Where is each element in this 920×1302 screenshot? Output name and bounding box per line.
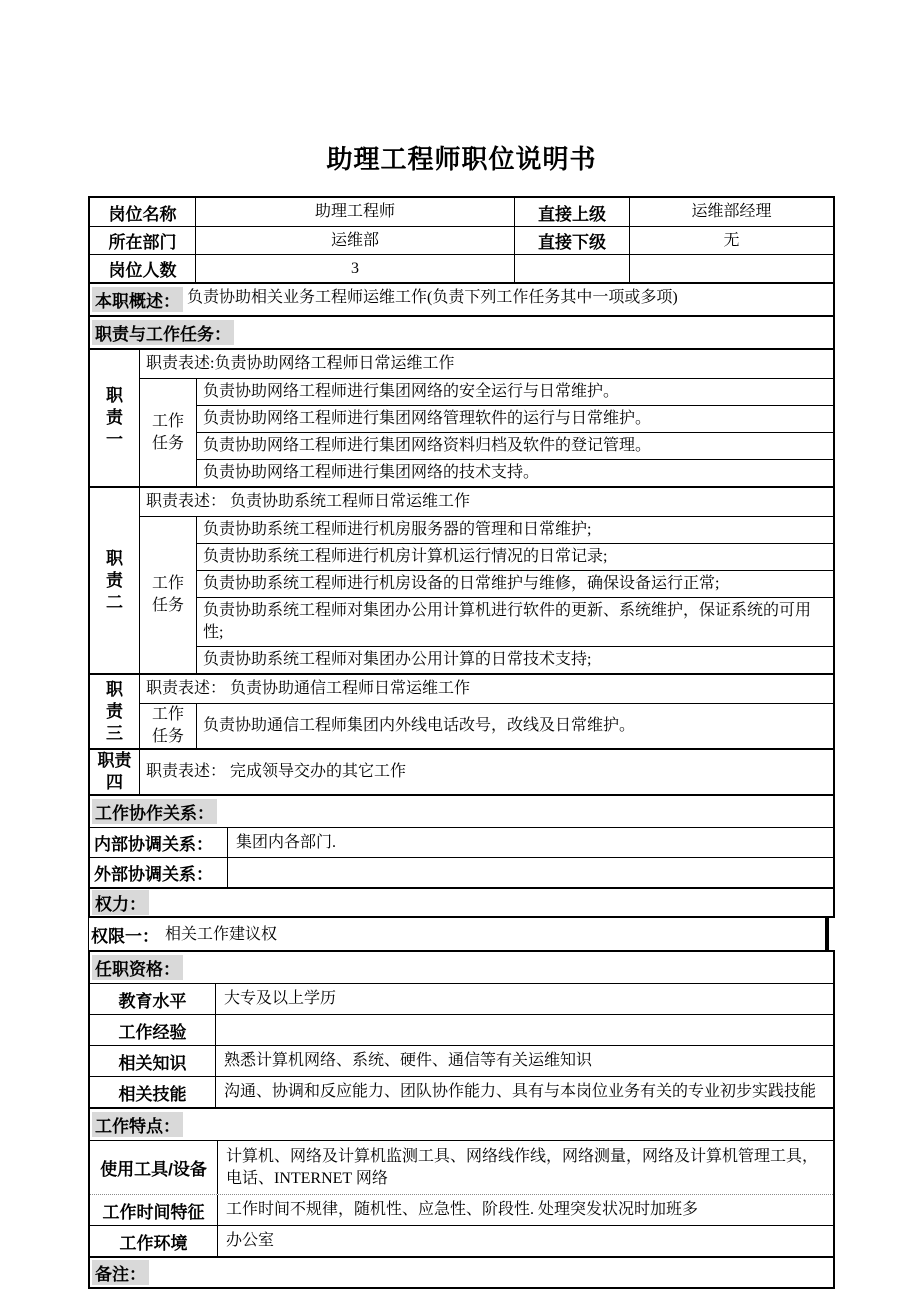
table-row: 工作环境 办公室 [90,1225,833,1256]
tools-value: 计算机、网络及计算机监测工具、网络线作线，网络测量，网络及计算机管理工具，电话、… [217,1141,833,1194]
headcount-label: 岗位人数 [90,255,195,282]
duties-header-row: 职责与工作任务： [90,317,833,348]
task-item: 负责协助系统工程师进行机房设备的日常维护与维修，确保设备运行正常; [197,570,833,597]
environment-label: 工作环境 [90,1226,217,1256]
table-row: 相关技能 沟通、协调和反应能力、团队协作能力、具有与本岗位业务有关的专业初步实践… [90,1076,833,1107]
overview-label: 本职概述： [92,287,183,312]
duty-2-tasks: 工作 任务 负责协助系统工程师进行机房服务器的管理和日常维护; 负责协助系统工程… [140,517,833,673]
duty-4-block: 职责 四 职责表述： 完成领导交办的其它工作 [88,748,835,796]
remarks-label: 备注： [92,1260,149,1285]
work-hours-label: 工作时间特征 [90,1195,217,1225]
collaboration-header-row: 工作协作关系： [90,796,833,827]
education-value: 大专及以上学历 [215,984,833,1014]
table-row: 外部协调关系： [90,857,833,887]
empty-cell [629,255,833,282]
document-page: 助理工程师职位说明书 岗位名称 助理工程师 直接上级 运维部经理 所在部门 运维… [88,142,835,1289]
overview-row: 本职概述： 负责协助相关业务工程师运维工作(负责下列工作任务其中一项或多项) [90,284,833,315]
duty-2-block: 职 责 二 职责表述： 负责协助系统工程师日常运维工作 工作 任务 负责协助系统… [88,486,835,675]
internal-coordination-label: 内部协调关系： [90,828,227,857]
skills-label: 相关技能 [90,1077,215,1107]
table-row: 内部协调关系： 集团内各部门. [90,827,833,857]
skills-value: 沟通、协调和反应能力、团队协作能力、具有与本岗位业务有关的专业初步实践技能 [215,1077,833,1107]
authority-item-label: 权限一： [91,922,159,947]
environment-value: 办公室 [217,1226,833,1256]
duty-3-statement: 职责表述： 负责协助通信工程师日常运维工作 [140,675,833,704]
table-row: 教育水平 大专及以上学历 [90,983,833,1014]
empty-cell [514,255,629,282]
overview-text: 负责协助相关业务工程师运维工作(负责下列工作任务其中一项或多项) [183,287,678,309]
direct-subordinate-value: 无 [629,227,833,254]
info-table: 岗位名称 助理工程师 直接上级 运维部经理 所在部门 运维部 直接下级 无 岗位… [88,196,835,284]
task-item: 负责协助系统工程师对集团办公用计算的日常技术支持; [197,646,833,673]
task-item: 负责协助通信工程师集团内外线电话改号，改线及日常维护。 [197,704,833,748]
direct-superior-value: 运维部经理 [629,198,833,226]
position-name-value: 助理工程师 [195,198,514,226]
duty-3-task-list: 负责协助通信工程师集团内外线电话改号，改线及日常维护。 [197,704,833,748]
education-label: 教育水平 [90,984,215,1014]
table-row: 岗位名称 助理工程师 直接上级 运维部经理 [90,198,833,226]
task-item: 负责协助系统工程师进行机房服务器的管理和日常维护; [197,517,833,543]
remarks-row: 备注： [90,1258,833,1287]
duty-3-body: 职责表述： 负责协助通信工程师日常运维工作 工作 任务 负责协助通信工程师集团内… [140,675,833,748]
duty-3-name: 职 责 三 [90,675,140,748]
duty-4-statement: 职责表述： 完成领导交办的其它工作 [140,750,833,794]
authority-section-header: 权力： [88,887,835,918]
duty-4-name: 职责 四 [90,750,140,794]
task-item: 负责协助系统工程师进行机房计算机运行情况的日常记录; [197,543,833,570]
duty-2-task-list: 负责协助系统工程师进行机房服务器的管理和日常维护; 负责协助系统工程师进行机房计… [197,517,833,673]
tools-label: 使用工具/设备 [90,1141,217,1194]
characteristics-header-label: 工作特点： [92,1112,183,1137]
duties-header-label: 职责与工作任务： [92,320,234,345]
duty-2-task-label: 工作 任务 [140,517,197,673]
department-label: 所在部门 [90,227,195,254]
table-row: 岗位人数 3 [90,254,833,282]
qualifications-section: 任职资格： 教育水平 大专及以上学历 工作经验 相关知识 熟悉计算机网络、系统、… [88,950,835,1109]
duty-1-task-label: 工作 任务 [140,379,197,486]
duty-3-tasks: 工作 任务 负责协助通信工程师集团内外线电话改号，改线及日常维护。 [140,704,833,748]
external-coordination-label: 外部协调关系： [90,858,227,887]
duty-1-block: 职 责 一 职责表述:负责协助网络工程师日常运维工作 工作 任务 负责协助网络工… [88,348,835,488]
authority-header-label: 权力： [92,890,149,915]
knowledge-value: 熟悉计算机网络、系统、硬件、通信等有关运维知识 [215,1046,833,1076]
department-value: 运维部 [195,227,514,254]
table-row: 工作经验 [90,1014,833,1045]
qualifications-header-label: 任职资格： [92,955,183,980]
task-item: 负责协助网络工程师进行集团网络的安全运行与日常维护。 [197,379,833,405]
work-hours-value: 工作时间不规律，随机性、应急性、阶段性. 处理突发状况时加班多 [217,1195,833,1225]
knowledge-label: 相关知识 [90,1046,215,1076]
duty-1-body: 职责表述:负责协助网络工程师日常运维工作 工作 任务 负责协助网络工程师进行集团… [140,350,833,486]
duty-1-statement: 职责表述:负责协助网络工程师日常运维工作 [140,350,833,379]
duty-1-tasks: 工作 任务 负责协助网络工程师进行集团网络的安全运行与日常维护。 负责协助网络工… [140,379,833,486]
duty-1-task-list: 负责协助网络工程师进行集团网络的安全运行与日常维护。 负责协助网络工程师进行集团… [197,379,833,486]
headcount-value: 3 [195,255,514,282]
authority-header-row: 权力： [90,889,833,916]
table-row: 工作时间特征 工作时间不规律，随机性、应急性、阶段性. 处理突发状况时加班多 [90,1194,833,1225]
task-item: 负责协助系统工程师对集团办公用计算机进行软件的更新、系统维护，保证系统的可用性; [197,597,833,646]
collaboration-section: 工作协作关系： 内部协调关系： 集团内各部门. 外部协调关系： [88,794,835,889]
overview-section: 本职概述： 负责协助相关业务工程师运维工作(负责下列工作任务其中一项或多项) [88,282,835,317]
duty-3-task-label: 工作 任务 [140,704,197,748]
internal-coordination-value: 集团内各部门. [227,828,833,857]
task-item: 负责协助网络工程师进行集团网络管理软件的运行与日常维护。 [197,405,833,432]
authority-item-text: 相关工作建议权 [159,924,277,946]
direct-subordinate-label: 直接下级 [514,227,629,254]
task-item: 负责协助网络工程师进行集团网络资料归档及软件的登记管理。 [197,432,833,459]
table-row: 相关知识 熟悉计算机网络、系统、硬件、通信等有关运维知识 [90,1045,833,1076]
position-name-label: 岗位名称 [90,198,195,226]
external-coordination-value [227,858,833,887]
characteristics-section: 工作特点： 使用工具/设备 计算机、网络及计算机监测工具、网络线作线，网络测量，… [88,1107,835,1258]
duty-2-name: 职 责 二 [90,488,140,673]
page-title: 助理工程师职位说明书 [88,142,835,178]
characteristics-header-row: 工作特点： [90,1109,833,1140]
duties-section-header: 职责与工作任务： [88,315,835,350]
table-row: 所在部门 运维部 直接下级 无 [90,226,833,254]
experience-label: 工作经验 [90,1015,215,1045]
authority-item-row: 权限一： 相关工作建议权 [88,917,829,952]
table-row: 使用工具/设备 计算机、网络及计算机监测工具、网络线作线，网络测量，网络及计算机… [90,1140,833,1194]
experience-value [215,1015,833,1045]
duty-1-name: 职 责 一 [90,350,140,486]
remarks-section: 备注： [88,1256,835,1289]
duty-2-statement: 职责表述： 负责协助系统工程师日常运维工作 [140,488,833,517]
qualifications-header-row: 任职资格： [90,952,833,983]
task-item: 负责协助网络工程师进行集团网络的技术支持。 [197,459,833,486]
collaboration-header-label: 工作协作关系： [92,799,217,824]
duty-2-body: 职责表述： 负责协助系统工程师日常运维工作 工作 任务 负责协助系统工程师进行机… [140,488,833,673]
direct-superior-label: 直接上级 [514,198,629,226]
duty-3-block: 职 责 三 职责表述： 负责协助通信工程师日常运维工作 工作 任务 负责协助通信… [88,673,835,750]
